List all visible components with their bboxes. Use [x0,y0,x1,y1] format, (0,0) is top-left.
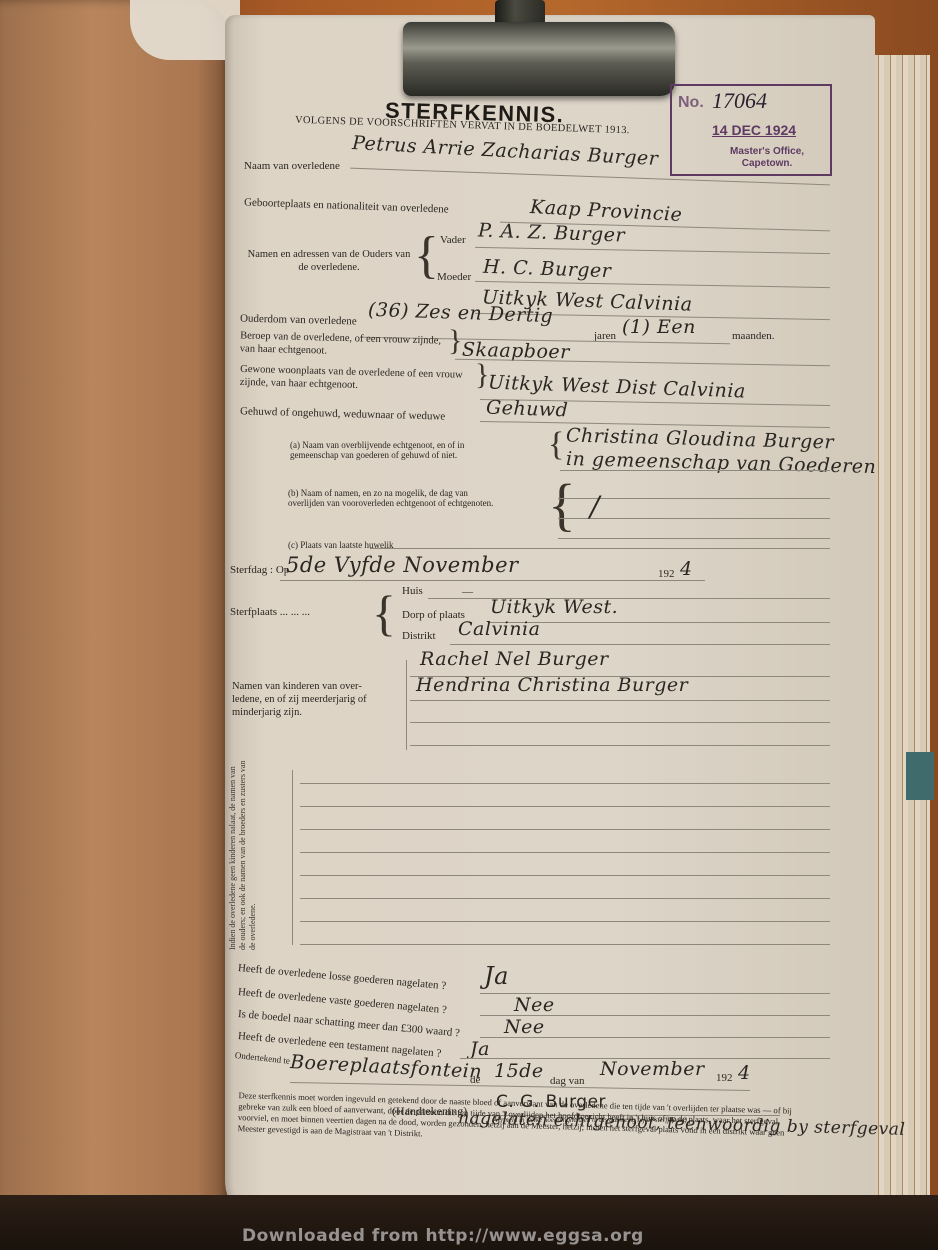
mother-value: H. C. Burger [483,256,612,282]
stamp-number: 17064 [712,88,767,114]
spouse-b-label: (b) Naam of namen, en zo na mogelik, de … [288,488,503,508]
child-rule-2 [410,700,830,701]
masters-office-stamp: No. 17064 14 DEC 1924 Master's Office, C… [670,84,832,176]
name-label: Naam van overledene [244,160,340,172]
stamp-office: Master's Office, Capetown. [730,146,804,170]
death-date-rule [280,580,705,581]
parents-brace: { [414,230,439,282]
father-label: Vader [440,234,466,246]
estate-value-rule [480,1037,830,1038]
watermark: Downloaded from http://www.eggsa.org [242,1226,644,1246]
district-label: Distrikt [402,630,436,642]
signed-month: November [600,1058,705,1080]
child-1: Rachel Nel Burger [420,648,609,670]
left-book-cover [0,0,232,1250]
siblings-rule-4 [300,852,830,853]
house-rule [428,598,830,599]
siblings-rule-8 [300,944,830,945]
children-label: Namen van kinderen van over- ledene, en … [232,680,402,719]
stamp-date: 14 DEC 1924 [712,122,796,138]
spouse-a-label: (a) Naam van overblijvende echtgenoot, e… [290,440,505,460]
signed-day: 15de [494,1060,544,1082]
death-year-prefix: 192 [658,568,675,580]
child-2: Hendrina Christina Burger [416,674,688,696]
district-value: Calvinia [458,618,540,640]
siblings-rule-2 [300,806,830,807]
death-place-label: Sterfplaats ... ... ... [230,606,310,618]
siblings-bracket [292,770,293,945]
death-place-brace: { [372,588,396,638]
marital-value: Gehuwd [486,397,569,422]
death-date-label: Sterfdag : Op [230,564,289,576]
mother-label: Moeder [437,271,471,283]
occupation-brace: } [448,326,462,356]
metal-binder-clip [403,22,675,96]
spouse-a-rule [560,470,830,471]
spouse-b-value: / [590,490,600,523]
district-rule [450,644,830,645]
siblings-rule-6 [300,898,830,899]
siblings-rule-1 [300,783,830,784]
immovable-goods-value: Nee [514,994,555,1016]
death-date-value: 5de Vyfde November [286,553,519,577]
child-rule-4 [410,745,830,746]
signed-year-prefix: 192 [716,1072,733,1084]
spouse-a-brace: { [548,428,564,462]
estate-value-value: Nee [504,1016,545,1038]
town-label: Dorp of plaats [402,609,465,621]
spouse-b-brace: { [548,476,576,534]
months-label: maanden. [732,330,774,342]
will-value: Ja [470,1038,490,1060]
death-year-suffix: 4 [680,558,693,580]
spouse-b-rule-3 [558,538,830,539]
house-label: Huis [402,585,423,597]
stamp-no-label: No. [678,94,704,112]
signed-year-suffix: 4 [738,1062,751,1084]
child-rule-3 [410,722,830,723]
signed-dag-van-label: dag van [550,1075,585,1087]
occupation-label: Beroep van de overledene, of een vrouw z… [240,329,446,360]
siblings-rule-5 [300,875,830,876]
spouse-c-rule [370,548,830,549]
siblings-rule-3 [300,829,830,830]
left-page-edge [130,0,240,60]
town-value: Uitkyk West. [490,596,618,618]
parents-label: Namen en adressen van de Ouders van de o… [244,248,414,274]
house-value: — [462,586,473,598]
siblings-rule-7 [300,921,830,922]
siblings-note: Indien de overledene geen kinderen nalaa… [228,760,288,950]
index-tab [906,752,934,800]
children-bracket [406,660,407,750]
movable-goods-value: Ja [484,962,509,990]
age-months-value: (1) Een [622,316,696,338]
